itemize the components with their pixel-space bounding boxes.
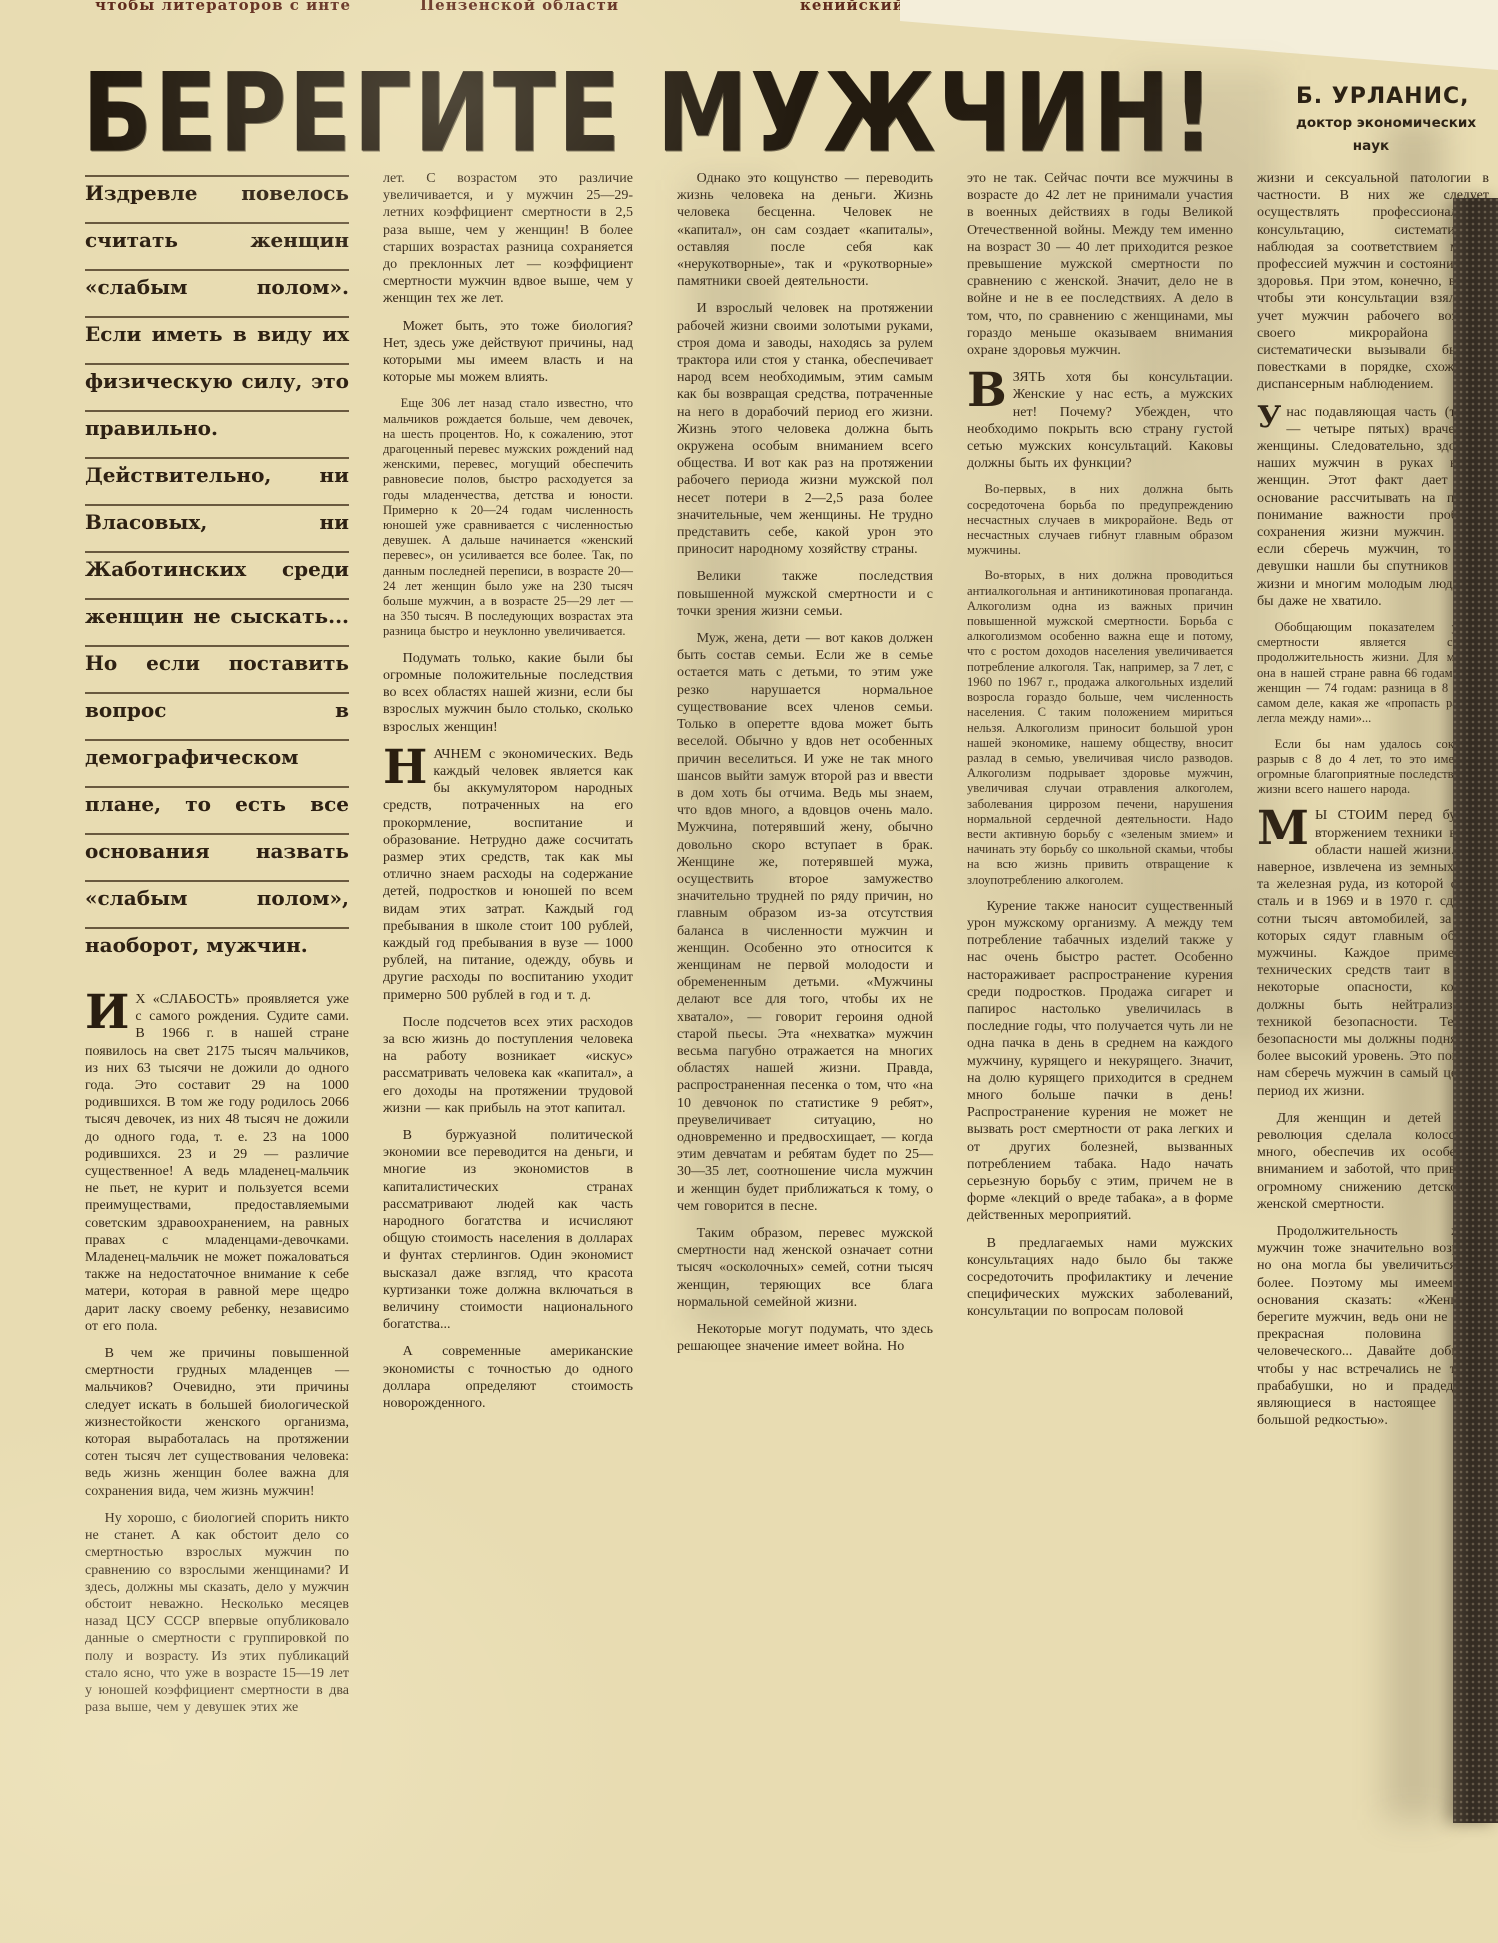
paragraph: А современные американские экономисты с … bbox=[383, 1343, 633, 1412]
paragraph: Во-первых, в них должна быть сосредоточе… bbox=[967, 482, 1233, 558]
column-3: Однако это кощунство — переводить жизнь … bbox=[677, 170, 933, 1365]
top-fragment-center: Пензенской области bbox=[420, 0, 619, 14]
column-2: лет. С возрастом это различие увеличивае… bbox=[383, 170, 633, 1422]
article-lede: Издревле повелось считать женщин «слабым… bbox=[85, 170, 349, 969]
byline: Б. УРЛАНИС, доктор экономических наук bbox=[1296, 84, 1482, 155]
paragraph: Таким образом, перевес мужской смертност… bbox=[677, 1225, 933, 1311]
drop-cap: В bbox=[967, 369, 1013, 411]
paragraph: Еще 306 лет назад стало известно, что ма… bbox=[383, 396, 633, 639]
paragraph: Велики также последствия повышенной мужс… bbox=[677, 568, 933, 620]
paragraph: В чем же причины повышенной смертности г… bbox=[85, 1345, 349, 1500]
paragraph: это не так. Сейчас почти все мужчины в в… bbox=[967, 170, 1233, 359]
paragraph: После подсчетов всех этих расходов за вс… bbox=[383, 1014, 633, 1117]
paragraph: Курение также наносит существенный урон … bbox=[967, 898, 1233, 1225]
paragraph: И взрослый человек на протяжении рабочей… bbox=[677, 300, 933, 558]
column-4: это не так. Сейчас почти все мужчины в в… bbox=[967, 170, 1233, 1331]
paragraph: Во-вторых, в них должна проводиться анти… bbox=[967, 568, 1233, 887]
paragraph: Некоторые могут подумать, что здесь реша… bbox=[677, 1321, 933, 1355]
drop-cap: У bbox=[1257, 404, 1286, 431]
paragraph: ВЗЯТЬ хотя бы консультации. Женские у на… bbox=[967, 369, 1233, 472]
newspaper-page: чтобы литераторов с инте Пензенской обла… bbox=[0, 0, 1498, 1943]
column-1: Издревле повелось считать женщин «слабым… bbox=[85, 170, 349, 1726]
paragraph: В буржуазной политической экономии все п… bbox=[383, 1127, 633, 1333]
paragraph: В предлагаемых нами мужских консультация… bbox=[967, 1235, 1233, 1321]
paragraph: Подумать только, какие были бы огромные … bbox=[383, 650, 633, 736]
paragraph: Может быть, это тоже биология? Нет, здес… bbox=[383, 318, 633, 387]
paragraph: лет. С возрастом это различие увеличивае… bbox=[383, 170, 633, 308]
byline-degree-line1: доктор экономических bbox=[1296, 115, 1482, 132]
paragraph: Муж, жена, дети — вот каков должен быть … bbox=[677, 630, 933, 1215]
paragraph: Однако это кощунство — переводить жизнь … bbox=[677, 170, 933, 290]
paragraph: Ну хорошо, с биологией спорить никто не … bbox=[85, 1510, 349, 1716]
paragraph: НАЧНЕМ с экономических. Ведь каждый чело… bbox=[383, 746, 633, 1004]
page-right-edge-strip bbox=[1453, 198, 1498, 1823]
drop-cap: М bbox=[1257, 807, 1315, 849]
byline-degree-line2: наук bbox=[1296, 138, 1446, 155]
paragraph: ИХ «СЛАБОСТЬ» проявляется уже с самого р… bbox=[85, 991, 349, 1335]
byline-author: Б. УРЛАНИС, bbox=[1296, 84, 1482, 109]
drop-cap: И bbox=[85, 991, 135, 1033]
top-fragment-left: чтобы литераторов с инте bbox=[95, 0, 351, 14]
drop-cap: Н bbox=[383, 746, 433, 788]
article-headline: БЕРЕГИТЕ МУЖЧИН! bbox=[82, 50, 1262, 176]
